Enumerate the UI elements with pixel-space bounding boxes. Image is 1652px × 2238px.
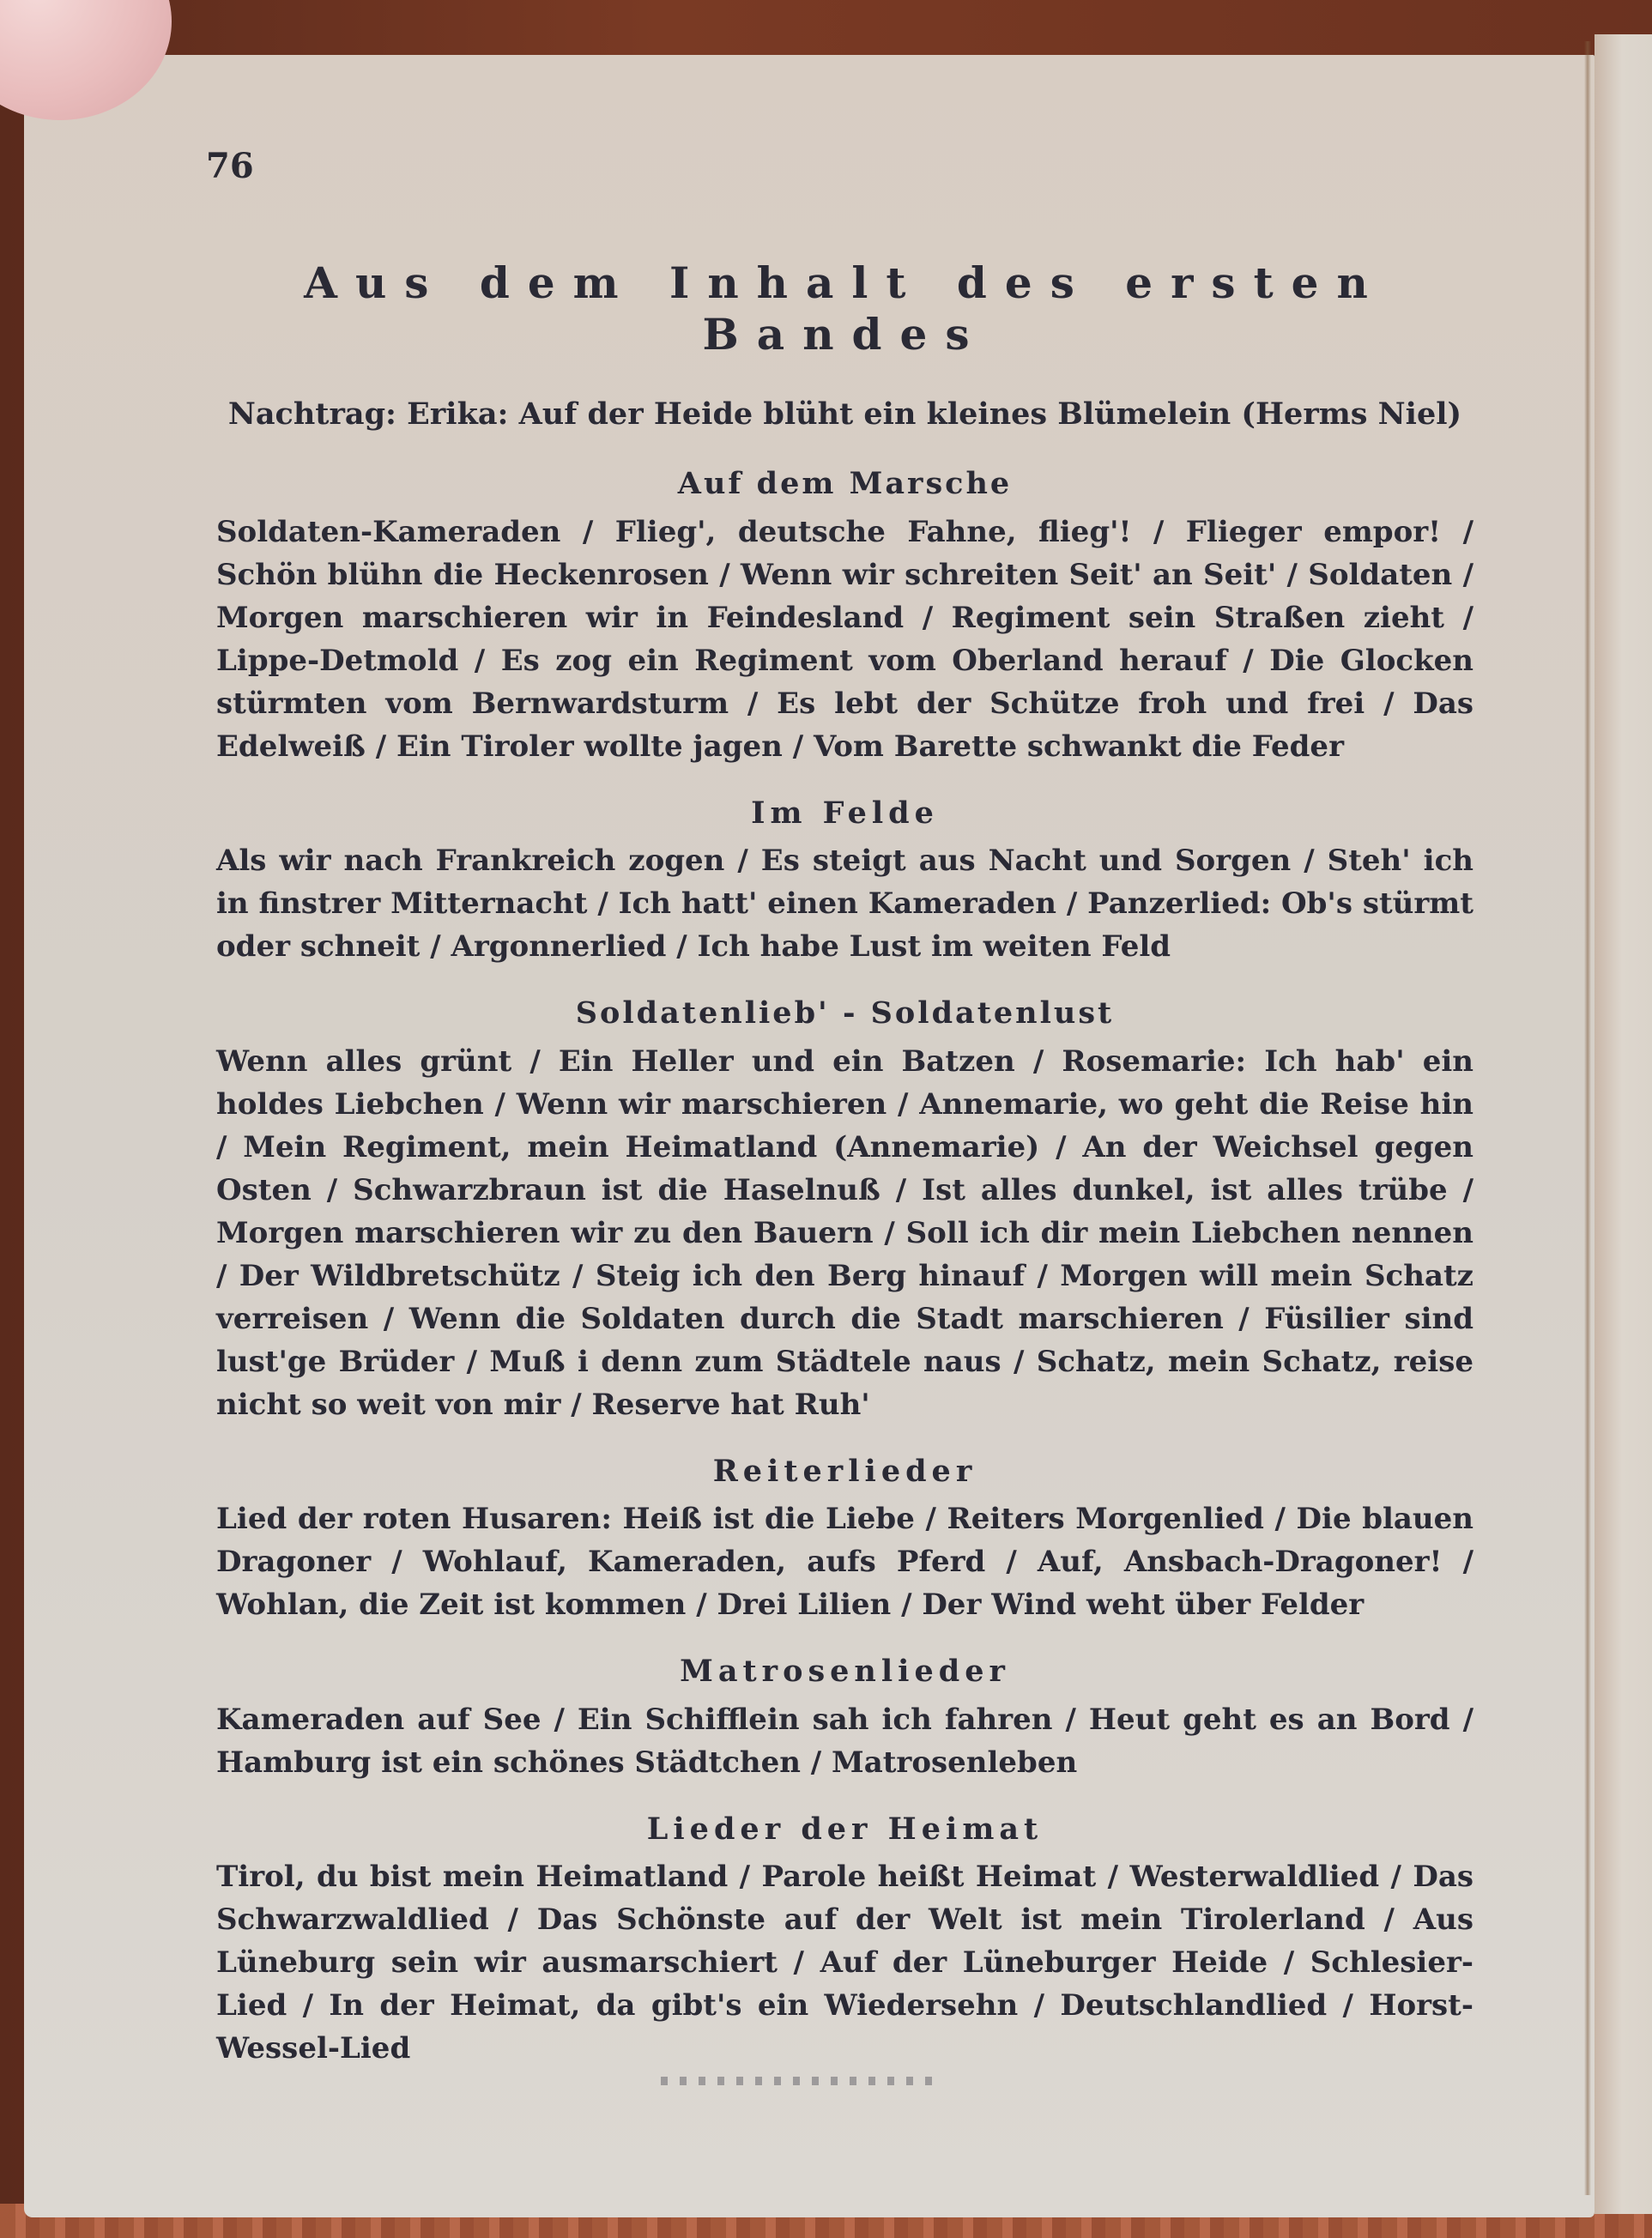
section-heading: Lieder der Heimat [216,1810,1473,1849]
section-heading: Auf dem Marsche [216,464,1473,504]
section-heading: Soldatenlieb' - Soldatenlust [216,994,1473,1033]
song-list: Kameraden auf See / Ein Schifflein sah i… [216,1698,1473,1784]
song-list: Lied der roten Husaren: Heiß ist die Lie… [216,1497,1473,1626]
section-soldatenlieb: Soldatenlieb' - Soldatenlust Wenn alles … [216,994,1473,1426]
ink-smudge [661,2077,944,2085]
page-title: Aus dem Inhalt des ersten Bandes [216,257,1473,360]
section-lieder-der-heimat: Lieder der Heimat Tirol, du bist mein He… [216,1810,1473,2071]
song-list: Wenn alles grünt / Ein Heller und ein Ba… [216,1040,1473,1426]
song-list: Als wir nach Frankreich zogen / Es steig… [216,839,1473,968]
section-reiterlieder: Reiterlieder Lied der roten Husaren: Hei… [216,1452,1473,1627]
page-number: 76 [206,146,254,186]
section-heading: Matrosenlieder [216,1652,1473,1691]
section-heading: Reiterlieder [216,1452,1473,1491]
facing-page-edge [1595,34,1652,2214]
section-heading: Im Felde [216,794,1473,833]
section-matrosenlieder: Matrosenlieder Kameraden auf See / Ein S… [216,1652,1473,1784]
song-list: Tirol, du bist mein Heimatland / Parole … [216,1855,1473,2070]
addendum-line: Nachtrag: Erika: Auf der Heide blüht ein… [216,396,1473,432]
table-of-contents: Aus dem Inhalt des ersten Bandes Nachtra… [216,257,1473,2096]
section-auf-dem-marsche: Auf dem Marsche Soldaten-Kameraden / Fli… [216,464,1473,768]
section-im-felde: Im Felde Als wir nach Frankreich zogen /… [216,794,1473,969]
song-list: Soldaten-Kameraden / Flieg', deutsche Fa… [216,511,1473,768]
page-gutter [1584,41,1591,2195]
